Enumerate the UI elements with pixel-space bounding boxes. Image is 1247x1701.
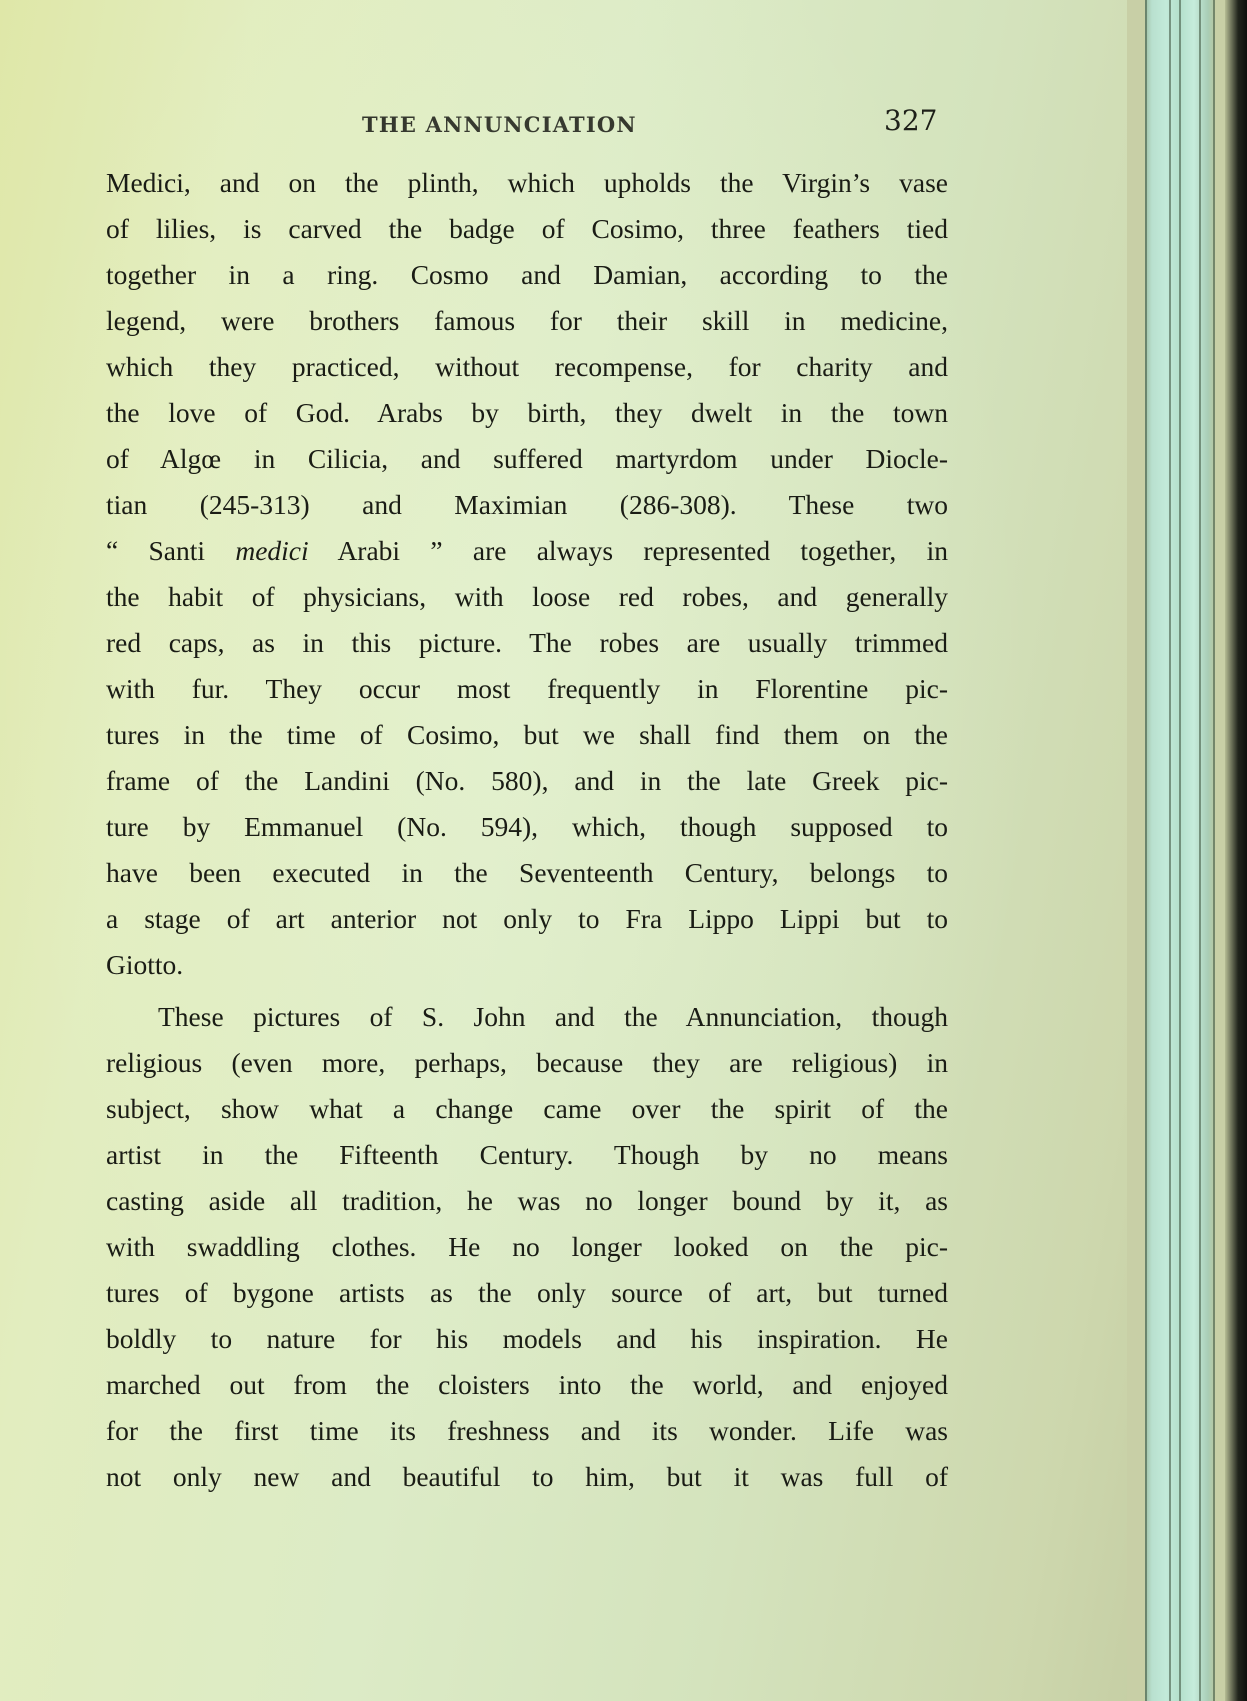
text-line: for the first time its freshness and its… [106, 1408, 948, 1454]
text-line: marched out from the cloisters into the … [106, 1362, 948, 1408]
text-line: which they practiced, without recompense… [106, 344, 948, 390]
text-line: a stage of art anterior not only to Fra … [106, 896, 948, 942]
text-segment: “ Santi [106, 535, 235, 566]
text-line: the love of God. Arabs by birth, they dw… [106, 390, 948, 436]
text-line: religious (even more, perhaps, because t… [106, 1040, 948, 1086]
text-line: have been executed in the Seventeenth Ce… [106, 850, 948, 896]
body-text: Medici, and on the plinth, which upholds… [106, 160, 948, 1500]
text-line: red caps, as in this picture. The robes … [106, 620, 948, 666]
text-line: with swaddling clothes. He no longer loo… [106, 1224, 948, 1270]
stacked-page-edges [1145, 0, 1215, 1701]
book-page: THE ANNUNCIATION 327 Medici, and on the … [0, 0, 1130, 1701]
text-line: the habit of physicians, with loose red … [106, 574, 948, 620]
page-edges [1127, 0, 1247, 1701]
book-cover-edge [1225, 0, 1247, 1701]
text-line: tures in the time of Cosimo, but we shal… [106, 712, 948, 758]
text-line: Medici, and on the plinth, which upholds… [106, 160, 948, 206]
paragraph-2: These pictures of S. John and the Annunc… [106, 994, 948, 1500]
text-line: legend, were brothers famous for their s… [106, 298, 948, 344]
page-edge-line [1145, 0, 1147, 1701]
text-line: tian (245-313) and Maximian (286-308). T… [106, 482, 948, 528]
page-edge-line [1179, 0, 1181, 1701]
text-line: not only new and beautiful to him, but i… [106, 1454, 948, 1500]
text-line: of Algœ in Cilicia, and suffered martyrd… [106, 436, 948, 482]
text-line: ture by Emmanuel (No. 594), which, thoug… [106, 804, 948, 850]
text-line: subject, show what a change came over th… [106, 1086, 948, 1132]
page-edge-line [1169, 0, 1171, 1701]
page-edge-line [1199, 0, 1201, 1701]
text-line: casting aside all tradition, he was no l… [106, 1178, 948, 1224]
text-line: These pictures of S. John and the Annunc… [106, 994, 948, 1040]
page-number: 327 [884, 104, 937, 137]
text-line: of lilies, is carved the badge of Cosimo… [106, 206, 948, 252]
italic-term: medici [235, 535, 308, 566]
text-line: artist in the Fifteenth Century. Though … [106, 1132, 948, 1178]
text-line: with fur. They occur most frequently in … [106, 666, 948, 712]
text-line: boldly to nature for his models and his … [106, 1316, 948, 1362]
page-edge-line [1213, 0, 1215, 1701]
text-line: Giotto. [106, 942, 948, 988]
text-line: tures of bygone artists as the only sour… [106, 1270, 948, 1316]
text-line: frame of the Landini (No. 580), and in t… [106, 758, 948, 804]
text-line: together in a ring. Cosmo and Damian, ac… [106, 252, 948, 298]
text-segment: Arabi ” are always represented together,… [309, 535, 948, 566]
paragraph-1: Medici, and on the plinth, which upholds… [106, 160, 948, 988]
running-title: THE ANNUNCIATION [362, 112, 637, 137]
text-line-with-italic: “ Santi medici Arabi ” are always repres… [106, 528, 948, 574]
